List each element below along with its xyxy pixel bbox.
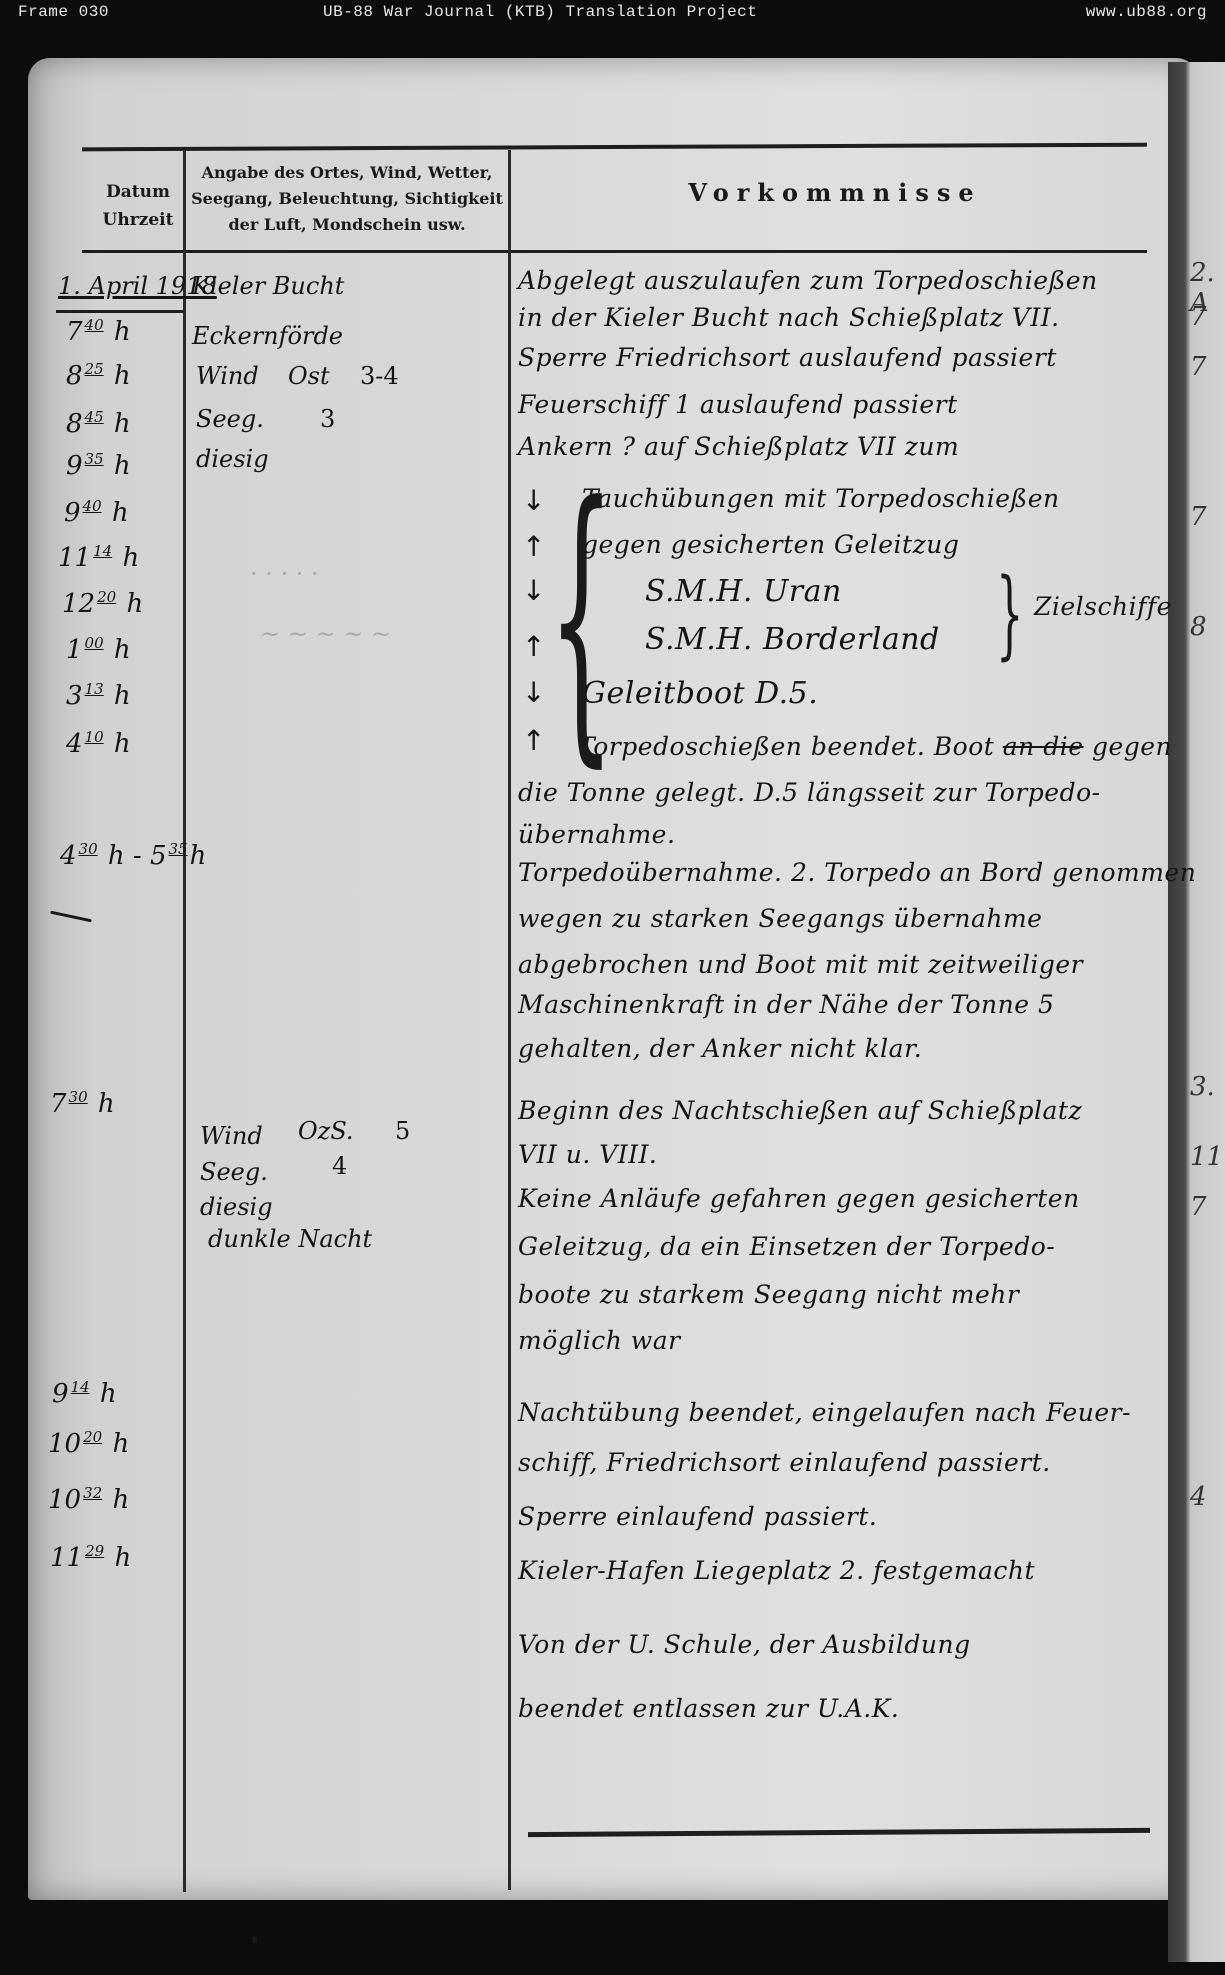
wind-label: Wind [200, 1122, 263, 1150]
adjacent-page-edge: 2. A 7 7 7 8 3. 11 7 4 [1168, 62, 1225, 1962]
sea-state-value: 3 [320, 405, 335, 433]
entry-line: schiff, Friedrichsort einlaufend passier… [518, 1448, 1051, 1477]
column-divider-1 [183, 150, 186, 1892]
adjacent-page-fragment: 7 [1190, 302, 1207, 332]
header-angabe-line: der Luft, Mondschein usw. [188, 212, 506, 238]
sea-state-label: Seeg. [200, 1158, 268, 1186]
arrow-down-icon: ↓ [522, 484, 545, 517]
header-bottom-rule [82, 250, 1147, 253]
entry-time: 730 h [50, 1088, 115, 1119]
header-angabe-line: Angabe des Ortes, Wind, Wetter, [188, 160, 506, 186]
entry-line: Sperre einlaufend passiert. [518, 1502, 877, 1531]
entry-time: 1020 h [48, 1428, 129, 1459]
entry-line: in der Kieler Bucht nach Schießplatz VII… [518, 303, 1060, 332]
website-link[interactable]: www.ub88.org [1086, 3, 1207, 21]
frame-label: Frame 030 [18, 3, 109, 21]
entry-line: Abgelegt auszulaufen zum Torpedoschießen [518, 266, 1098, 295]
entry-line: Maschinenkraft in der Nähe der Tonne 5 [518, 990, 1054, 1019]
entry-line: gegen gesicherten Geleitzug [582, 530, 959, 559]
entry-line: Von der U. Schule, der Ausbildung [518, 1630, 971, 1659]
entry-time: 313 h [66, 680, 131, 711]
entry-line: Geleitboot D.5. [582, 676, 818, 711]
visibility: diesig [196, 445, 269, 473]
entry-time: 100 h [66, 634, 131, 665]
entry-time: 1114 h [58, 542, 139, 573]
adjacent-page-fragment: 3. [1190, 1072, 1215, 1102]
entry-line: beendet entlassen zur U.A.K. [518, 1694, 899, 1723]
visibility: diesig [200, 1193, 273, 1221]
entry-line: Feuerschiff 1 auslaufend passiert [518, 390, 958, 419]
entry-time: 825 h [66, 360, 131, 391]
entry-line: Keine Anläufe gefahren gegen gesicherten [518, 1184, 1080, 1213]
entry-time: 914 h [52, 1378, 117, 1409]
entry-line: S.M.H. Borderland [645, 622, 940, 657]
entry-line: VII u. VIII. [518, 1140, 657, 1169]
grouping-brace-left: { [548, 478, 615, 758]
entry-time: 940 h [64, 497, 129, 528]
sea-state-value: 4 [332, 1152, 347, 1180]
entry-line: S.M.H. Uran [645, 574, 842, 609]
frame-header: Frame 030 UB-88 War Journal (KTB) Transl… [0, 0, 1225, 28]
arrow-down-icon: ↓ [522, 676, 545, 709]
adjacent-page-fragment: 4 [1190, 1482, 1207, 1512]
grouping-brace-right: } [996, 566, 1023, 662]
entry-time: 845 h [66, 408, 131, 439]
entry-time: 740 h [66, 316, 131, 347]
entry-line: Geleitzug, da ein Einsetzen der Torpedo- [518, 1232, 1055, 1261]
entry-line: Nachtübung beendet, eingelaufen nach Feu… [518, 1398, 1131, 1427]
entry-line: Zielschiffe [1034, 592, 1172, 621]
header-angabe-line: Seegang, Beleuchtung, Sichtigkeit [188, 186, 506, 212]
entry-time: 430 h - 535h [60, 840, 206, 871]
adjacent-page-fragment: 8 [1190, 612, 1207, 642]
column-header-angabe: Angabe des Ortes, Wind, Wetter, Seegang,… [188, 160, 506, 238]
date-underline [56, 310, 184, 313]
entry-time: 1220 h [62, 588, 143, 619]
arrow-up-icon: ↑ [522, 630, 545, 663]
entry-line: wegen zu starken Seegangs übernahme [518, 904, 1042, 933]
column-header-vorkommnisse: Vorkommnisse [515, 178, 1155, 207]
entry-line: übernahme. [518, 820, 675, 849]
entry-line: Beginn des Nachtschießen auf Schießplatz [518, 1096, 1082, 1125]
entry-line: gehalten, der Anker nicht klar. [518, 1034, 922, 1063]
entry-line: Torpedoübernahme. 2. Torpedo an Bord gen… [518, 858, 1196, 887]
entry-time: 1032 h [48, 1484, 129, 1515]
entry-line: Tauchübungen mit Torpedoschießen [582, 484, 1060, 513]
entry-line: boote zu starkem Seegang nicht mehr [518, 1280, 1019, 1309]
stray-mark [252, 1936, 257, 1943]
arrow-up-icon: ↑ [522, 724, 545, 757]
entry-line: Kieler-Hafen Liegeplatz 2. festgemacht [518, 1556, 1035, 1585]
adjacent-page-fragment: 7 [1190, 352, 1207, 382]
arrow-up-icon: ↑ [522, 530, 545, 563]
header-datum-label: Datum [88, 178, 188, 206]
wind-force: 3-4 [360, 362, 399, 390]
sea-state-label: Seeg. [196, 405, 264, 433]
column-divider-2 [508, 150, 511, 1890]
entry-line: Torpedoschießen beendet. Boot an die geg… [578, 732, 1172, 761]
entry-time: 1129 h [50, 1542, 131, 1573]
wind-label: Wind [196, 362, 259, 390]
adjacent-page-fragment: 11 [1190, 1142, 1223, 1172]
wind-direction: OzS. [298, 1117, 354, 1145]
adjacent-page-fragment: 7 [1190, 1192, 1207, 1222]
arrow-down-icon: ↓ [522, 574, 545, 607]
location-line: Kieler Bucht [192, 272, 344, 300]
project-title: UB-88 War Journal (KTB) Translation Proj… [323, 3, 757, 21]
entry-line: abgebrochen und Boot mit mit zeitweilige… [518, 950, 1083, 979]
entry-line: möglich war [518, 1326, 681, 1355]
column-header-datum: Datum Uhrzeit [88, 178, 188, 234]
adjacent-page-fragment: 7 [1190, 502, 1207, 532]
header-uhrzeit-label: Uhrzeit [88, 206, 188, 234]
entry-time: 410 h [66, 728, 131, 759]
night-condition: dunkle Nacht [208, 1225, 372, 1253]
entry-time: 935 h [66, 450, 131, 481]
location-line: Eckernförde [192, 322, 343, 350]
wind-force: 5 [395, 1117, 410, 1145]
wind-direction: Ost [288, 362, 330, 390]
entry-line: Sperre Friedrichsort auslaufend passiert [518, 343, 1057, 372]
